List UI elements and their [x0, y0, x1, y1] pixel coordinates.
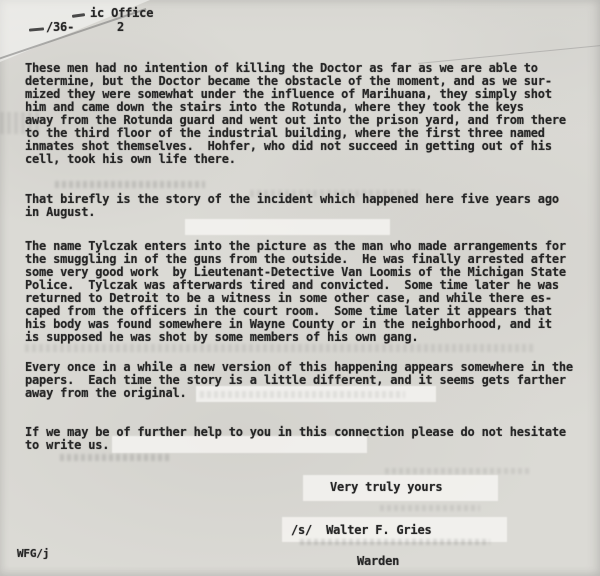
paragraph-2: That birefly is the story of the inciden…: [25, 193, 559, 219]
ghost-text-smudge: [300, 539, 490, 545]
signer-title: Warden: [357, 555, 399, 568]
header-office-fragment: ic Office: [90, 7, 153, 20]
paragraph-1: These men had no intention of killing th…: [25, 62, 566, 166]
paragraph-5: If we may be of further help to you in t…: [25, 426, 566, 452]
whiteout-patch: [185, 219, 390, 235]
paragraph-3: The name Tylczak enters into the picture…: [25, 240, 566, 344]
text-line: in August.: [25, 206, 559, 219]
valediction: Very truly yours: [330, 481, 442, 494]
signature-line: /s/ Walter F. Gries: [291, 524, 432, 537]
ghost-text-smudge: [385, 468, 530, 474]
text-line: That birefly is the story of the inciden…: [25, 193, 559, 206]
ghost-text-smudge: [380, 505, 480, 511]
ghost-text-smudge: [25, 344, 535, 352]
reference-initials: WFG/j: [17, 547, 49, 560]
header-file-number-fragment: /36-: [46, 21, 74, 34]
text-line: to write us.: [25, 439, 566, 452]
paragraph-4: Every once in a while a new version of t…: [25, 361, 573, 400]
text-line: is supposed he was shot by some members …: [25, 331, 566, 344]
scanned-letter-page: ic Office /36- 2 These men had no intent…: [0, 0, 600, 576]
ghost-text-smudge: [55, 181, 205, 188]
text-line: cell, took his own life there.: [25, 153, 566, 166]
text-line: away from the original.: [25, 387, 573, 400]
header-page-number: 2: [117, 21, 124, 34]
ghost-text-smudge: [60, 454, 170, 461]
